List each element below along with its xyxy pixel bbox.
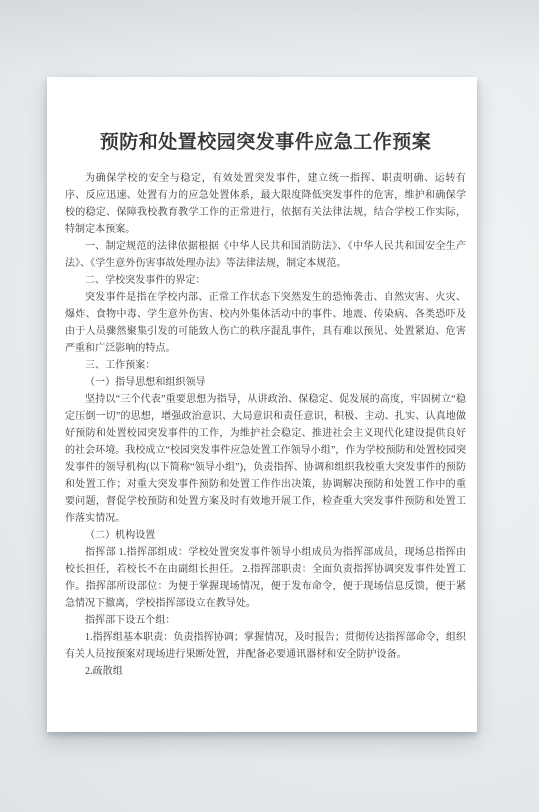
- document-title: 预防和处置校园突发事件应急工作预案: [65, 129, 466, 157]
- desktop-background: 预防和处置校园突发事件应急工作预案 为确保学校的安全与稳定，有效处置突发事件，建…: [0, 0, 539, 812]
- paragraph: （一）指导思想和组织领导: [65, 374, 466, 391]
- paragraph: 坚持以“三个代表”重要思想为指导，从讲政治、保稳定、促发展的高度，牢固树立“稳定…: [65, 391, 466, 527]
- paragraph: 突发事件是指在学校内部、正常工作状态下突然发生的恐怖袭击、自然灾害、火灾、爆炸、…: [65, 289, 466, 357]
- paragraph: 为确保学校的安全与稳定，有效处置突发事件，建立统一指挥、职责明确、运转有序、反应…: [65, 170, 466, 238]
- document-body: 为确保学校的安全与稳定，有效处置突发事件，建立统一指挥、职责明确、运转有序、反应…: [65, 170, 466, 680]
- paragraph: 1.指挥组基本职责：负责指挥协调；掌握情况，及时报告；贯彻传达指挥部命令，组织有…: [65, 629, 466, 663]
- paragraph: 一、制定规范的法律依据根据《中华人民共和国消防法》、《中华人民共和国安全生产法》…: [65, 238, 466, 272]
- paragraph: （二）机构设置: [65, 527, 466, 544]
- document-page: 预防和处置校园突发事件应急工作预案 为确保学校的安全与稳定，有效处置突发事件，建…: [47, 77, 477, 732]
- paragraph: 二、学校突发事件的界定：: [65, 272, 466, 289]
- paragraph: 指挥部下设五个组：: [65, 612, 466, 629]
- paragraph: 三、工作预案：: [65, 357, 466, 374]
- paragraph: 2.疏散组: [65, 663, 466, 680]
- paragraph: 指挥部 1.指挥部组成：学校处置突发事件领导小组成员为指挥部成员，现场总指挥由校…: [65, 544, 466, 612]
